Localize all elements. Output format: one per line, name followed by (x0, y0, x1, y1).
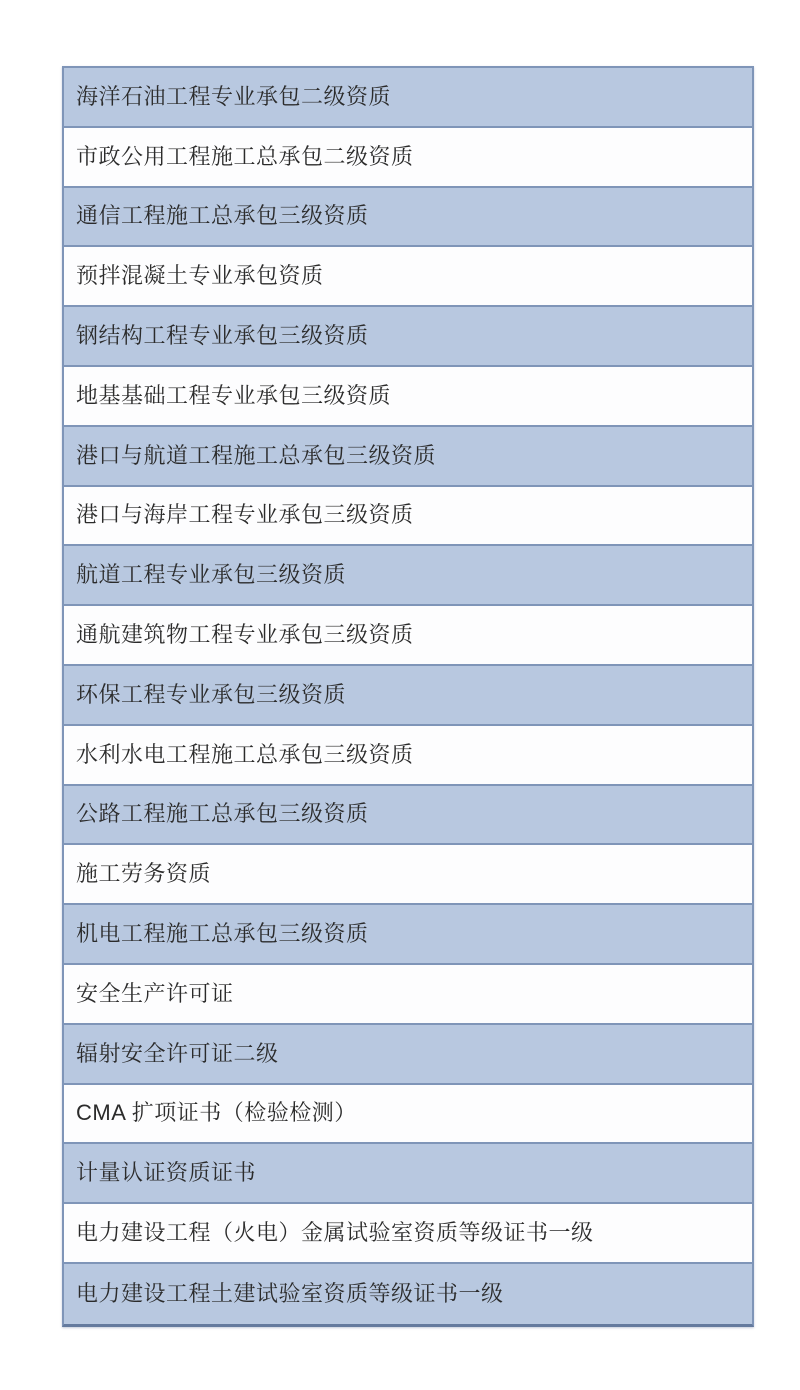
table-row: 海洋石油工程专业承包二级资质 (64, 68, 752, 128)
table-row: 市政公用工程施工总承包二级资质 (64, 128, 752, 188)
qualification-label: 港口与航道工程施工总承包三级资质 (76, 445, 436, 467)
qualification-label: 辐射安全许可证二级 (76, 1043, 279, 1065)
qualification-label: 地基基础工程专业承包三级资质 (76, 385, 391, 407)
qualification-label: 通航建筑物工程专业承包三级资质 (76, 624, 414, 646)
table-row: 通航建筑物工程专业承包三级资质 (64, 606, 752, 666)
qualification-label: 水利水电工程施工总承包三级资质 (76, 744, 414, 766)
table-row: 辐射安全许可证二级 (64, 1025, 752, 1085)
table-row: 预拌混凝土专业承包资质 (64, 247, 752, 307)
table-row: 施工劳务资质 (64, 845, 752, 905)
qualification-label: 环保工程专业承包三级资质 (76, 684, 346, 706)
table-row: 电力建设工程（火电）金属试验室资质等级证书一级 (64, 1204, 752, 1264)
qualification-label: 通信工程施工总承包三级资质 (76, 205, 369, 227)
qualification-label: 预拌混凝土专业承包资质 (76, 265, 324, 287)
qualification-label: 电力建设工程土建试验室资质等级证书一级 (76, 1283, 504, 1305)
table-row: CMA 扩项证书（检验检测） (64, 1085, 752, 1145)
table-row: 航道工程专业承包三级资质 (64, 546, 752, 606)
table-row: 机电工程施工总承包三级资质 (64, 905, 752, 965)
qualification-label: 公路工程施工总承包三级资质 (76, 803, 369, 825)
qualification-label: 钢结构工程专业承包三级资质 (76, 325, 369, 347)
table-row: 钢结构工程专业承包三级资质 (64, 307, 752, 367)
table-row: 港口与海岸工程专业承包三级资质 (64, 487, 752, 547)
table-row: 地基基础工程专业承包三级资质 (64, 367, 752, 427)
qualification-label: 机电工程施工总承包三级资质 (76, 923, 369, 945)
qualification-label: 电力建设工程（火电）金属试验室资质等级证书一级 (76, 1222, 594, 1244)
qualification-label: CMA 扩项证书（检验检测） (76, 1102, 357, 1124)
table-row: 港口与航道工程施工总承包三级资质 (64, 427, 752, 487)
table-row: 计量认证资质证书 (64, 1144, 752, 1204)
table-row: 通信工程施工总承包三级资质 (64, 188, 752, 248)
table-row: 电力建设工程土建试验室资质等级证书一级 (64, 1264, 752, 1324)
qualification-label: 施工劳务资质 (76, 863, 211, 885)
qualification-label: 港口与海岸工程专业承包三级资质 (76, 504, 414, 526)
qualification-label: 市政公用工程施工总承包二级资质 (76, 146, 414, 168)
qualification-label: 计量认证资质证书 (76, 1162, 256, 1184)
page: 海洋石油工程专业承包二级资质市政公用工程施工总承包二级资质通信工程施工总承包三级… (0, 0, 800, 1390)
qualification-label: 航道工程专业承包三级资质 (76, 564, 346, 586)
table-row: 水利水电工程施工总承包三级资质 (64, 726, 752, 786)
table-row: 安全生产许可证 (64, 965, 752, 1025)
table-row: 环保工程专业承包三级资质 (64, 666, 752, 726)
qualification-table: 海洋石油工程专业承包二级资质市政公用工程施工总承包二级资质通信工程施工总承包三级… (62, 66, 754, 1327)
qualification-label: 海洋石油工程专业承包二级资质 (76, 86, 391, 108)
qualification-label: 安全生产许可证 (76, 983, 234, 1005)
table-row: 公路工程施工总承包三级资质 (64, 786, 752, 846)
